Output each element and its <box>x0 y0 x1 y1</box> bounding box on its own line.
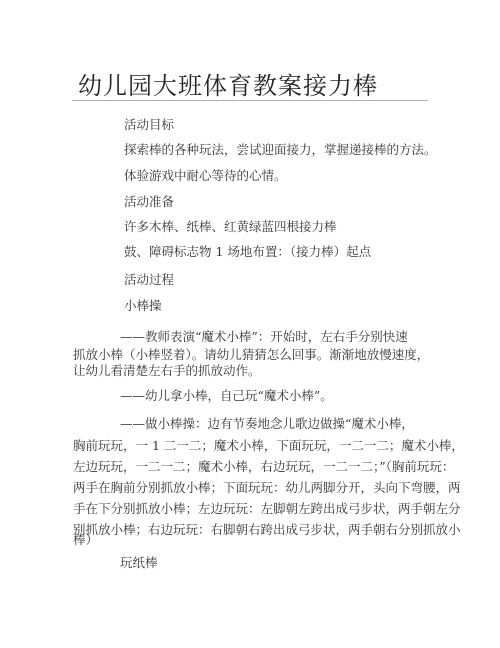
exercise-line-3: 左边玩玩，一二一二；魔术小棒，右边玩玩，一二一二；”（胸前玩玩： <box>73 457 454 475</box>
exercise-line-4: 两手在胸前分别抓放小棒；下面玩玩：幼儿两脚分开，头向下弯腰，两 <box>73 478 461 496</box>
heading-paper-stick: 玩纸棒 <box>120 553 158 571</box>
paragraph-goal-1: 探索棒的各种玩法，尝试迎面接力，掌握递接棒的方法。 <box>124 140 437 158</box>
heading-activity-preparation: 活动准备 <box>124 192 174 210</box>
document-page: 幼儿园大班体育教案接力棒 活动目标 探索棒的各种玩法，尝试迎面接力，掌握递接棒的… <box>0 0 500 648</box>
teacher-demo-line-3: 让幼儿看清楚左右手的抓放动作。 <box>73 361 261 379</box>
paragraph-venue-setup: 鼓、障碍标志物 1 场地布置：（接力棒）起点 <box>124 242 371 260</box>
paragraph-materials: 许多木棒、纸棒、红黄绿蓝四根接力棒 <box>124 217 337 235</box>
title-divider <box>72 100 428 101</box>
exercise-line-6: 别抓放小棒；右边玩玩：右脚朝右跨出成弓步状，两手朝右分别抓放小 <box>73 520 461 538</box>
exercise-line-2: 胸前玩玩，一 1 二一二；魔术小棒，下面玩玩，一二一二；魔术小棒， <box>73 436 464 454</box>
paragraph-goal-2: 体验游戏中耐心等待的心情。 <box>124 166 287 184</box>
exercise-line-5: 手在下分别抓放小棒；左边玩玩：左脚朝左跨出成弓步状，两手朝左分 <box>73 499 461 517</box>
exercise-line-7: 棒） <box>73 530 98 548</box>
heading-stick-exercise: 小棒操 <box>124 296 162 314</box>
heading-activity-goals: 活动目标 <box>124 115 174 133</box>
teacher-demo-line-1: ——教师表演“魔术小棒”：开始时，左右手分别快速 <box>120 327 408 345</box>
exercise-line-1: ——做小棒操：边有节奏地念儿歌边做操“魔术小棒， <box>120 414 414 432</box>
document-title: 幼儿园大班体育教案接力棒 <box>78 66 378 101</box>
heading-activity-process: 活动过程 <box>124 270 174 288</box>
kids-play-line: ——幼儿拿小棒，自己玩“魔术小棒”。 <box>120 386 333 404</box>
